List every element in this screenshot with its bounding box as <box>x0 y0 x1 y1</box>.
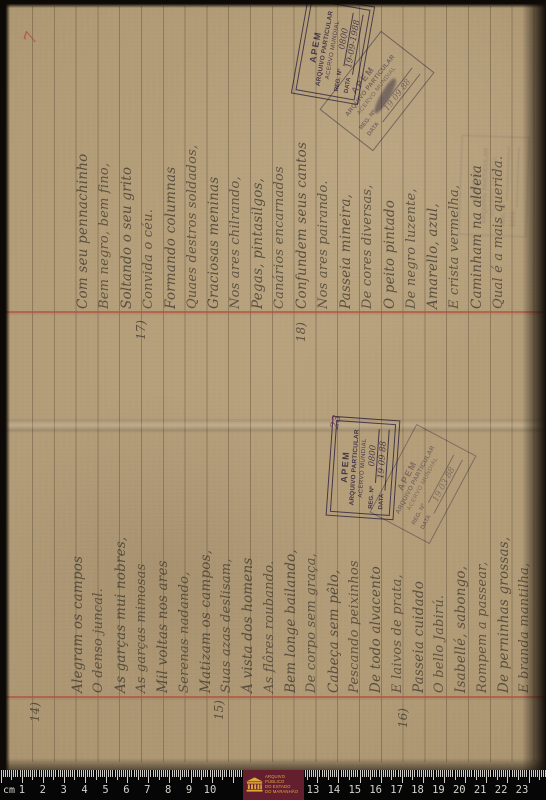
ruler-tick <box>370 770 371 780</box>
ruler-tick <box>467 770 468 777</box>
ruler-tick <box>214 770 215 777</box>
ruler-tick <box>493 770 494 777</box>
ruler-tick <box>501 770 502 777</box>
ruler-tick <box>146 770 147 777</box>
ruler-tick <box>357 770 358 777</box>
ruler-tick <box>444 770 445 783</box>
ruler-tick <box>322 770 323 777</box>
handwritten-line: Formando columnas <box>163 167 179 309</box>
ruler-tick <box>134 770 135 777</box>
ruler-tick <box>220 770 221 777</box>
handwritten-line: As garças mimosas <box>134 564 149 693</box>
ruler-tick <box>442 770 443 777</box>
handwritten-line: Matizam os campos, <box>198 550 214 693</box>
ruler-number: 4 <box>81 784 87 796</box>
ruler-tick <box>372 770 373 777</box>
ruler-tick <box>400 770 401 777</box>
ruler-tick <box>514 770 515 777</box>
ruler-tick <box>362 770 363 777</box>
ruler-tick <box>210 770 211 777</box>
ruler-number: 18 <box>411 784 424 796</box>
ruler-tick <box>119 770 120 777</box>
scan-edge-right <box>522 0 546 770</box>
handwritten-line: Nos ares chilrando, <box>228 176 243 309</box>
ruler-number: 10 <box>204 784 217 796</box>
ruler-tick <box>353 770 354 777</box>
handwritten-line: Canários encarnados <box>272 166 287 309</box>
ruler-tick <box>535 770 536 777</box>
ruler-tick <box>138 770 139 780</box>
ruler-tick <box>100 770 101 777</box>
ruler-tick <box>484 770 485 777</box>
ruler-tick <box>203 770 204 777</box>
handwritten-line: Serenas nadando, <box>177 572 192 693</box>
ruler-tick <box>72 770 73 777</box>
handwritten-line: Alegram os campos <box>70 556 86 693</box>
ruler-number: 1 <box>19 784 25 796</box>
ruler-tick <box>503 770 504 777</box>
ruler-tick <box>5 770 6 777</box>
ruler-tick <box>349 770 350 780</box>
stamp-date-value-handwritten <box>508 146 519 208</box>
ruler-tick <box>9 770 10 777</box>
handwritten-line: Passeia mineira, <box>338 194 354 309</box>
ruler-tick <box>226 770 227 777</box>
ruler-tick <box>129 770 130 777</box>
notebook-paper: 7 Com seu pennachinhoBem negro, bem fino… <box>0 0 546 770</box>
ruler-tick <box>60 770 61 777</box>
ruler-tick <box>207 770 208 777</box>
ruler-tick <box>70 770 71 777</box>
ruler-tick <box>524 770 525 777</box>
ruler-tick <box>505 770 506 777</box>
ruler-tick <box>136 770 137 777</box>
ruler-tick <box>188 770 189 777</box>
ruler-tick <box>376 770 377 777</box>
ruler-tick <box>433 770 434 780</box>
archive-stamp-box: APEMARQUIVO PARTICULARACERVO MUNDIALREG.… <box>458 135 529 237</box>
ruler-tick <box>431 770 432 777</box>
ruler-tick <box>224 770 225 777</box>
ruler-tick <box>195 770 196 777</box>
red-margin-line-bottom-page <box>0 696 546 698</box>
ruler-tick <box>144 770 145 777</box>
ruler-tick <box>412 770 413 780</box>
red-margin-line-top-page <box>0 311 546 313</box>
ruler-tick <box>93 770 94 777</box>
ruler-tick <box>379 770 380 777</box>
ruler-tick <box>408 770 409 777</box>
ruler-tick <box>233 770 234 783</box>
ruler-tick <box>360 770 361 783</box>
ruler-tick <box>364 770 365 777</box>
ruler-tick <box>516 770 517 777</box>
ruler-tick <box>507 770 508 783</box>
stanza-number: 16) <box>396 708 410 728</box>
ruler-tick <box>15 770 16 777</box>
handwritten-line: Convida o céu. <box>141 209 156 309</box>
ruler-tick <box>112 770 113 777</box>
stanza-number: 14) <box>28 702 42 722</box>
handwritten-line: Passeia cuidado <box>411 581 427 693</box>
ruler-tick <box>537 770 538 777</box>
ruler-tick <box>495 770 496 777</box>
ruler-tick <box>163 770 164 777</box>
ruler-tick <box>83 770 84 777</box>
ruler-tick <box>402 770 403 783</box>
ruler-tick <box>438 770 439 777</box>
ruler-tick <box>39 770 40 777</box>
ruler-tick <box>341 770 342 777</box>
stamp-date-row: DATA <box>507 146 519 227</box>
ruler-tick <box>89 770 90 777</box>
ruler-tick <box>28 770 29 777</box>
handwritten-line: Soltando o seu grito <box>119 167 135 309</box>
ruler-tick <box>231 770 232 777</box>
ruler-tick <box>436 770 437 777</box>
ruler-tick <box>169 770 170 783</box>
ruler-tick <box>478 770 479 777</box>
ruler-tick <box>398 770 399 777</box>
ruler-tick <box>47 770 48 777</box>
ruler-tick <box>66 770 67 777</box>
ruler-tick <box>471 770 472 777</box>
ruler-tick <box>488 770 489 777</box>
ruler-tick <box>450 770 451 777</box>
ruler-tick <box>167 770 168 777</box>
ruler-tick <box>165 770 166 777</box>
ruler-tick <box>199 770 200 777</box>
ruler-tick <box>374 770 375 777</box>
ruler-tick <box>347 770 348 777</box>
ruler-tick <box>417 770 418 777</box>
ruler-tick <box>45 770 46 777</box>
ruler-tick <box>174 770 175 777</box>
ruler-tick <box>182 770 183 777</box>
ruler-number: 5 <box>102 784 108 796</box>
ruler-tick <box>518 770 519 780</box>
ruler-tick <box>425 770 426 777</box>
ruler-number: 8 <box>165 784 171 796</box>
ruler-number: 15 <box>348 784 361 796</box>
ruler-tick <box>461 770 462 777</box>
ruler-tick <box>13 770 14 777</box>
ruler-number: 17 <box>390 784 403 796</box>
ruler-tick <box>368 770 369 777</box>
ruler-tick <box>68 770 69 777</box>
handwritten-line: O bello Jabirú. <box>432 595 447 693</box>
ruler-tick <box>406 770 407 777</box>
ruler-tick <box>205 770 206 777</box>
ruler-tick <box>509 770 510 777</box>
ruler-tick <box>218 770 219 777</box>
handwritten-line: Isabellé, sabongo, <box>453 566 469 693</box>
ruler-unit-label: cm <box>3 785 15 796</box>
ruler-tick <box>106 770 107 783</box>
handwritten-line: O peito pintado <box>382 200 398 309</box>
ruler-tick <box>235 770 236 777</box>
ruler-tick <box>229 770 230 777</box>
handwritten-line: Pegas, pintasilgos, <box>250 178 266 309</box>
ruler-tick <box>58 770 59 777</box>
ruler-tick <box>212 770 213 783</box>
ruler-tick <box>486 770 487 783</box>
ruler-number: 7 <box>144 784 150 796</box>
ruler-tick <box>74 770 75 780</box>
handwritten-line: As flôres roubando. <box>262 561 277 693</box>
ruler-tick <box>307 770 308 780</box>
ruler-tick <box>334 770 335 777</box>
ruler-tick <box>490 770 491 777</box>
ruler-tick <box>533 770 534 777</box>
ruler-tick <box>43 770 44 783</box>
ruler-tick <box>157 770 158 777</box>
ruler-tick <box>98 770 99 777</box>
page-fold-crease <box>0 419 546 433</box>
ruler-tick <box>440 770 441 777</box>
ruler-tick <box>26 770 27 777</box>
stamp-heading: APEM <box>470 169 481 201</box>
ruler-tick <box>423 770 424 783</box>
ruler-tick <box>446 770 447 777</box>
ruler-tick <box>17 770 18 777</box>
ruler-tick <box>539 770 540 780</box>
scan-edge-left <box>0 0 10 770</box>
ruler-number: 3 <box>61 784 67 796</box>
ruler-tick <box>49 770 50 777</box>
ruler-tick <box>36 770 37 777</box>
handwritten-line: O denso juncal. <box>91 588 106 693</box>
ruler-tick <box>543 770 544 777</box>
ruler-tick <box>123 770 124 777</box>
scanned-manuscript-page: 7 Com seu pennachinhoBem negro, bem fino… <box>0 0 546 800</box>
handwritten-line: Quaes destros soldados, <box>185 145 200 309</box>
ruler-tick <box>140 770 141 777</box>
stamp-reg-label: REG. Nº <box>500 204 507 227</box>
handwritten-line: Cabeça sem pêlo, <box>326 570 342 694</box>
ruler-tick <box>520 770 521 777</box>
ruler-tick <box>11 770 12 780</box>
ruler-tick <box>526 770 527 777</box>
ruler-number: 21 <box>474 784 487 796</box>
ruler-tick <box>459 770 460 777</box>
stanza-number: 17) <box>134 320 148 340</box>
ruler-tick <box>385 770 386 777</box>
handwritten-line: Nos ares pairando. <box>316 180 331 309</box>
ruler-tick <box>148 770 149 783</box>
ruler-tick <box>389 770 390 777</box>
ruler-tick <box>448 770 449 777</box>
ruler-tick <box>391 770 392 780</box>
handwritten-line: As garças mui nobres, <box>113 537 129 693</box>
apem-logo-icon <box>245 772 264 798</box>
ruler-number: 2 <box>40 784 46 796</box>
ruler-tick <box>482 770 483 777</box>
stanza-number: 15) <box>212 700 226 720</box>
ruler-tick <box>366 770 367 777</box>
archive-stamp: APEMARQUIVO PARTICULARACERVO MUNDIALREG.… <box>458 135 529 237</box>
ruler-tick <box>41 770 42 777</box>
handwritten-line: Confundem seus cantos <box>294 142 310 309</box>
ruler-tick <box>159 770 160 780</box>
stanza-number: 18) <box>294 322 308 342</box>
ruler-tick <box>383 770 384 777</box>
ruler-tick <box>381 770 382 783</box>
handwritten-line: Á vista dos homens <box>240 557 256 693</box>
handwritten-line: Suas azas deslisam, <box>219 558 234 693</box>
ruler-number: 13 <box>307 784 320 796</box>
ruler-tick <box>429 770 430 777</box>
ruler-number: 22 <box>495 784 508 796</box>
ruler-tick <box>193 770 194 777</box>
ruler: cm 123456789101314151617181920212223 ARQ… <box>0 770 546 800</box>
ruler-tick <box>184 770 185 777</box>
ruler-tick <box>476 770 477 780</box>
ruler-tick <box>176 770 177 777</box>
ruler-tick <box>96 770 97 780</box>
ruler-tick <box>469 770 470 777</box>
ruler-tick <box>191 770 192 783</box>
ruler-tick <box>110 770 111 777</box>
ruler-tick <box>305 770 306 777</box>
ruler-tick <box>421 770 422 777</box>
ruler-tick <box>180 770 181 780</box>
scan-edge-bottom <box>0 758 546 770</box>
ruler-tick <box>53 770 54 780</box>
ruler-tick <box>531 770 532 777</box>
ruler-tick <box>338 770 339 783</box>
ruler-tick <box>81 770 82 777</box>
ruler-tick <box>414 770 415 777</box>
ruler-tick <box>91 770 92 777</box>
apem-logo-text: ARQUIVO PÚBLICO DO ESTADO DO MARANHÃO <box>265 775 304 796</box>
apem-logo: ARQUIVO PÚBLICO DO ESTADO DO MARANHÃO <box>243 770 304 800</box>
ruler-tick <box>351 770 352 777</box>
ruler-tick <box>404 770 405 777</box>
ruler-tick <box>343 770 344 777</box>
ruler-tick <box>131 770 132 777</box>
ruler-tick <box>410 770 411 777</box>
stamp-date-label: DATA <box>420 514 433 531</box>
ruler-tick <box>117 770 118 780</box>
ruler-tick <box>465 770 466 783</box>
handwritten-line: Rompem a passear, <box>475 562 490 693</box>
ruler-tick <box>125 770 126 777</box>
ruler-tick <box>345 770 346 777</box>
ruler-tick <box>121 770 122 777</box>
ruler-tick <box>499 770 500 777</box>
ruler-tick <box>142 770 143 777</box>
ruler-number: 16 <box>369 784 382 796</box>
ruler-tick <box>522 770 523 777</box>
ruler-number: 19 <box>432 784 445 796</box>
ruler-tick <box>108 770 109 777</box>
ruler-number: 6 <box>123 784 129 796</box>
handwritten-line: Pescando peixinhos <box>347 560 362 693</box>
handwritten-line: Bem longe bailando, <box>283 549 299 693</box>
handwritten-line: Com seu pennachinho <box>75 154 91 309</box>
ruler-tick <box>330 770 331 777</box>
handwritten-line: De cores diversas, <box>360 184 375 309</box>
ruler-tick <box>3 770 4 777</box>
handwritten-line: Bem negro, bem fino, <box>97 163 112 309</box>
ruler-tick <box>222 770 223 780</box>
ruler-tick <box>332 770 333 777</box>
ruler-tick <box>239 770 240 777</box>
ruler-tick <box>315 770 316 777</box>
ruler-tick <box>153 770 154 777</box>
ruler-number: 14 <box>328 784 341 796</box>
ruler-tick <box>150 770 151 777</box>
ruler-tick <box>197 770 198 777</box>
ruler-tick <box>20 770 21 777</box>
ruler-tick <box>1 770 2 783</box>
scan-edge-top <box>0 0 546 8</box>
ruler-tick <box>237 770 238 777</box>
ruler-number: 23 <box>516 784 529 796</box>
ruler-tick <box>161 770 162 777</box>
handwritten-line: Mil voltas nos ares <box>155 560 171 693</box>
handwritten-line: De perninhas grossas, <box>496 537 512 693</box>
handwritten-line: Graciosas meninas <box>206 177 222 309</box>
ruler-tick <box>452 770 453 777</box>
ruler-number: 20 <box>453 784 466 796</box>
ruler-tick <box>24 770 25 777</box>
ruler-tick <box>326 770 327 777</box>
ruler-tick <box>77 770 78 777</box>
ruler-tick <box>328 770 329 780</box>
ruler-tick <box>62 770 63 777</box>
ruler-tick <box>474 770 475 777</box>
ruler-tick <box>419 770 420 777</box>
ruler-tick <box>102 770 103 777</box>
ruler-tick <box>55 770 56 777</box>
ruler-tick <box>313 770 314 777</box>
ruler-tick <box>30 770 31 777</box>
ruler-tick <box>427 770 428 777</box>
ruler-tick <box>497 770 498 780</box>
ruler-tick <box>512 770 513 777</box>
handwritten-line: De corpo sem graça, <box>304 553 319 693</box>
ruler-tick <box>387 770 388 777</box>
ruler-tick <box>186 770 187 777</box>
handwritten-line: E laivos de prata, <box>390 574 405 693</box>
ruler-tick <box>324 770 325 777</box>
ruler-tick <box>34 770 35 777</box>
ruler-tick <box>457 770 458 777</box>
ruler-tick <box>115 770 116 777</box>
ruler-tick <box>127 770 128 783</box>
ruler-tick <box>87 770 88 777</box>
ruler-tick <box>393 770 394 777</box>
handwritten-line: De negro luzente, <box>404 188 419 309</box>
ruler-tick <box>480 770 481 777</box>
ruler-tick <box>64 770 65 783</box>
ruler-tick <box>463 770 464 777</box>
ruler-tick <box>22 770 23 783</box>
ruler-tick <box>311 770 312 777</box>
ruler-tick <box>355 770 356 777</box>
ruler-tick <box>395 770 396 777</box>
ruler-tick <box>85 770 86 783</box>
stamp-date-label: DATA <box>510 211 517 227</box>
ruler-tick <box>155 770 156 777</box>
ruler-tick <box>7 770 8 777</box>
ruler-tick <box>51 770 52 777</box>
ruler-tick <box>541 770 542 777</box>
ruler-tick <box>319 770 320 777</box>
ruler-tick <box>317 770 318 783</box>
